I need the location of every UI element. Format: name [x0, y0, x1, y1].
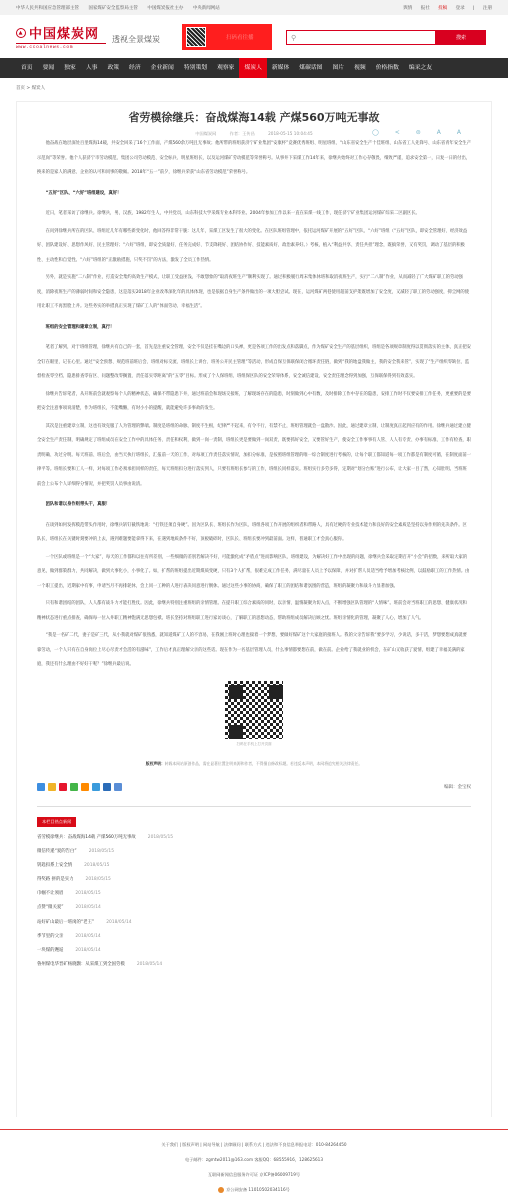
baoshe-link[interactable]: 报社	[421, 6, 430, 11]
list-item[interactable]: 鲁州煤电华晋矿杨晓颢：从采煤工到全国劳模2018/05/14	[37, 958, 471, 972]
hot-news-title[interactable]: 省劳模徐继兵：奋战煤海14载 产煤560万吨无事故	[37, 835, 136, 840]
nav-item-company-news[interactable]: 企业新闻	[146, 58, 179, 78]
hot-news-title[interactable]: 巾帼不让须眉	[37, 891, 63, 896]
hot-news-date: 2018/05/14	[75, 934, 100, 939]
hot-news-date: 2018/05/14	[106, 920, 131, 925]
nav-item-news[interactable]: 要闻	[38, 58, 60, 78]
logo-mountain-icon: ▲	[16, 28, 26, 38]
hot-news-date: 2018/05/15	[89, 849, 114, 854]
article-tools: ◯<⊜AA	[366, 129, 471, 136]
wechat-icon[interactable]	[70, 783, 78, 791]
list-item[interactable]: 点赞“微关爱”2018/05/14	[37, 901, 471, 915]
hot-news-date: 2018/05/15	[84, 863, 109, 868]
share-icons	[37, 783, 122, 791]
nav-item-economy[interactable]: 经济	[124, 58, 146, 78]
qr-caption: 扫码在手机上打开页面	[17, 742, 491, 747]
hot-news-title[interactable]: 鲁州煤电华晋矿杨晓颢：从采煤工到全国劳模	[37, 962, 125, 967]
share-icon[interactable]: <	[395, 129, 404, 136]
hot-news-list: 省劳模徐继兵：奋战煤海14载 产煤560万吨无事故2018/05/15 微信传递…	[17, 827, 491, 977]
paragraph: 另外，就是实施“二八制”作业，打造安全集约高效生产模式，让职工受益匪浅，不敢想象…	[37, 271, 471, 315]
paragraph: 只有和谐团结的团队，人人都有战斗力才能打胜仗。因此，徐继兵特别注重班组的亲情管理…	[37, 597, 471, 626]
search-icon: ⚲	[291, 34, 296, 42]
hot-news-date: 2018/05/14	[75, 948, 100, 953]
paragraph: “我是一名矿二代，妻子是矿三代，从小我就对煤矿很熟悉，就知道煤矿工人的不容易，在…	[37, 629, 471, 673]
qq-icon[interactable]	[81, 783, 89, 791]
hot-news-title[interactable]: 钥匙扣系上安全情	[37, 863, 72, 868]
qzone-icon[interactable]	[48, 783, 56, 791]
list-item[interactable]: 巾帼不让须眉2018/05/15	[37, 887, 471, 901]
nav-item-coal-people[interactable]: 煤炭人	[239, 58, 266, 78]
divider	[37, 806, 471, 807]
list-item[interactable]: 得奖路 拼的是实力2018/05/15	[37, 873, 471, 887]
top-link[interactable]: 中华人民共和国应急管理部主管	[16, 6, 79, 11]
slogan: 透视全景煤炭	[112, 34, 160, 45]
footer-email: 电子邮件：zgmtw2011@163.com 客服QQ：68555916，128…	[0, 1152, 508, 1167]
footer-links[interactable]: 关于我们 | 版权声明 | 网站导航 | 法律顾问 | 联系方式 | 违法和不良…	[0, 1137, 508, 1152]
paragraph: 在谈到如何发挥模范带头作用时，徐继兵斩钉截铁地说：“打铁还须自身硬”。因为区队长…	[37, 519, 471, 548]
paragraph: 他奋战在地层深处百里煤海14载，共安全回采了16个工作面，产煤560余万吨且无事…	[37, 137, 471, 181]
copyright-text: 转载本网站原创作品，需在显著位置注明来源和作者，不得擅自修改标题。若违反本声明，…	[165, 761, 362, 766]
paragraph: 笔者了解到，对于班组管理，徐继兵有自己的一套，首先是注重安全管理，安全不仅是挂在…	[37, 341, 471, 385]
top-link[interactable]: 国家煤矿安全监察局主管	[88, 6, 138, 11]
search-bar: ⚲ 搜索	[286, 30, 486, 45]
article-title: 省劳模徐继兵：奋战煤海14载 产煤560万吨无事故	[17, 109, 491, 125]
top-bar-right: 舆情 报社 投稿 登录 | 注册	[396, 5, 492, 11]
comment-icon[interactable]: ◯	[372, 129, 383, 136]
hot-news-title[interactable]: 得奖路 拼的是实力	[37, 877, 74, 882]
print-icon[interactable]	[114, 783, 122, 791]
editor: 编辑：金宝权	[444, 784, 471, 790]
article-body: 他奋战在地层深处百里煤海14载，共安全回采了16个工作面，产煤560余万吨且无事…	[17, 137, 491, 673]
footer-police: 京公网安备 11010502034116号	[0, 1182, 508, 1197]
article-meta: 中国煤炭网 作者：王传昌 2018-05-15 10:04:45 ◯<⊜AA	[17, 131, 491, 137]
copyright-label: 版权声明：	[146, 761, 165, 766]
hot-news-title[interactable]: 一块煤的邂逅	[37, 948, 63, 953]
article-datetime: 2018-05-15 10:04:45	[268, 131, 312, 136]
nav-item-policy[interactable]: 政策	[102, 58, 124, 78]
renren-icon[interactable]	[103, 783, 111, 791]
list-item[interactable]: 季节里的父亲2018/05/14	[37, 930, 471, 944]
top-bar: 中华人民共和国应急管理部主管 国家煤矿安全监察局主管 中国煤炭报社主办 中央新闻…	[0, 0, 508, 15]
nav-item-personnel[interactable]: 人事	[81, 58, 103, 78]
qr-banner[interactable]: 扫码看往播	[182, 24, 272, 50]
copyright-notice: 版权声明：转载本网站原创作品，需在显著位置注明来源和作者，不得擅自修改标题。若违…	[17, 761, 491, 767]
section-heading: “五好”区队、“六好”班组建设，真好！	[37, 187, 471, 202]
separator: |	[473, 6, 475, 11]
submit-link[interactable]: 投稿	[438, 6, 447, 11]
qr-banner-text: 扫码看往播	[226, 33, 254, 41]
hot-news-date: 2018/05/15	[148, 835, 173, 840]
list-item[interactable]: 省劳模徐继兵：奋战煤海14载 产煤560万吨无事故2018/05/15	[37, 831, 471, 845]
nav-item-observer[interactable]: 观察家	[212, 58, 239, 78]
hot-news-title[interactable]: 微信传递“爱的告白”	[37, 849, 77, 854]
police-record[interactable]: 京公网安备 11010502034116号	[226, 1187, 290, 1192]
footer-divider	[0, 1129, 508, 1130]
article-author: 作者：王传昌	[230, 131, 255, 136]
nav-item-coal-talk[interactable]: 煤碳话图	[294, 58, 327, 78]
hot-news-label: 本栏目热点新闻	[37, 817, 76, 827]
login-link[interactable]: 登录	[456, 6, 465, 11]
article: 省劳模徐继兵：奋战煤海14载 产煤560万吨无事故 中国煤炭网 作者：王传昌 2…	[16, 101, 492, 1117]
paragraph: 近日，笔者采访了徐继兵。徐继兵，男，汉族，1982年生人，中共党员，山东科技大学…	[37, 207, 471, 222]
yuqing-link[interactable]: 舆情	[403, 6, 412, 11]
main-nav: 首页 要闻 独家 人事 政策 经济 企业新闻 特别策划 观察家 煤炭人 新媒体 …	[0, 58, 508, 78]
weibo-icon[interactable]	[59, 783, 67, 791]
paragraph: 徐继兵告诉笔者，从开班前会就观察每个人的精神状态，确保不带隐患下井，通过班前会和…	[37, 388, 471, 417]
register-link[interactable]: 注册	[483, 6, 492, 11]
hot-news-title[interactable]: 站好矿山最后一班岗的“老王”	[37, 920, 94, 925]
nav-item-special[interactable]: 特别策划	[179, 58, 212, 78]
paragraph: 其次是注重建章立制，这也有效克服了人为管理的弊端。制度是班组的命脉，制度不生根，…	[37, 420, 471, 493]
paragraph: 一个区队或班组是一个“大家”，每天的工作都和以往有所差别，一些细微的差别若解决不…	[37, 551, 471, 595]
tencent-weibo-icon[interactable]	[92, 783, 100, 791]
hot-news-date: 2018/05/15	[75, 891, 100, 896]
hot-news-date: 2018/05/14	[76, 905, 101, 910]
search-input[interactable]: ⚲	[286, 30, 436, 45]
nav-item-new-media[interactable]: 新媒体	[267, 58, 294, 78]
top-bar-left: 中华人民共和国应急管理部主管 国家煤矿安全监察局主管 中国煤炭报社主办 中央新闻…	[16, 5, 228, 11]
hot-news-date: 2018/05/14	[137, 962, 162, 967]
list-item[interactable]: 微信传递“爱的告白”2018/05/15	[37, 845, 471, 859]
top-link[interactable]: 中央新闻网站	[193, 6, 220, 11]
list-item[interactable]: 一块煤的邂逅2018/05/14	[37, 944, 471, 958]
logo-url: www.ccoalnews.com	[16, 43, 106, 50]
list-item[interactable]: 钥匙扣系上安全情2018/05/15	[37, 859, 471, 873]
nav-item-pictures[interactable]: 图片	[327, 58, 349, 78]
print-icon[interactable]: ⊜	[416, 129, 425, 136]
section-heading: 团队和谐以身作则带头干，真服！	[37, 498, 471, 513]
list-item[interactable]: 站好矿山最后一班岗的“老王”2018/05/14	[37, 916, 471, 930]
header: ▲中国煤炭网 www.ccoalnews.com 透视全景煤炭 扫码看往播 ⚲ …	[0, 15, 508, 58]
article-qr-code	[223, 679, 285, 741]
top-link[interactable]: 中国煤炭报社主办	[147, 6, 183, 11]
font-increase-icon[interactable]: A	[437, 129, 445, 136]
footer-license: 互联网新闻信息服务许可证 京ICP备06009719号	[0, 1167, 508, 1182]
nav-item-exclusive[interactable]: 独家	[59, 58, 81, 78]
nav-item-price-index[interactable]: 价格指数	[371, 58, 404, 78]
hot-news-date: 2018/05/15	[86, 877, 111, 882]
search-button[interactable]: 搜索	[436, 30, 486, 45]
paragraph: 在问到徐继兵所在的区队、班组近几年有哪些新变化时，他回答得非常干脆：这几年，采煤…	[37, 225, 471, 269]
section-heading: 班组的安全管理和建章立制，真行！	[37, 321, 471, 336]
hot-news-title[interactable]: 季节里的父亲	[37, 934, 63, 939]
font-decrease-icon[interactable]: A	[457, 129, 465, 136]
nav-item-video[interactable]: 视频	[349, 58, 371, 78]
qr-code-icon	[186, 27, 206, 47]
nav-item-home[interactable]: 首页	[16, 58, 38, 78]
footer: 关于我们 | 版权声明 | 网站导航 | 法律顾问 | 联系方式 | 违法和不良…	[0, 1137, 508, 1197]
police-badge-icon	[218, 1187, 224, 1193]
logo-text: 中国煤炭网	[29, 23, 99, 42]
article-source: 中国煤炭网	[195, 131, 216, 136]
share-row: 编辑：金宝权	[17, 783, 491, 791]
hot-news-title[interactable]: 点赞“微关爱”	[37, 905, 64, 910]
nav-item-friends[interactable]: 编采之友	[404, 58, 437, 78]
breadcrumb[interactable]: 首页 > 煤炭人	[0, 78, 508, 98]
site-logo[interactable]: ▲中国煤炭网 www.ccoalnews.com	[16, 23, 106, 50]
share-plus-icon[interactable]	[37, 783, 45, 791]
